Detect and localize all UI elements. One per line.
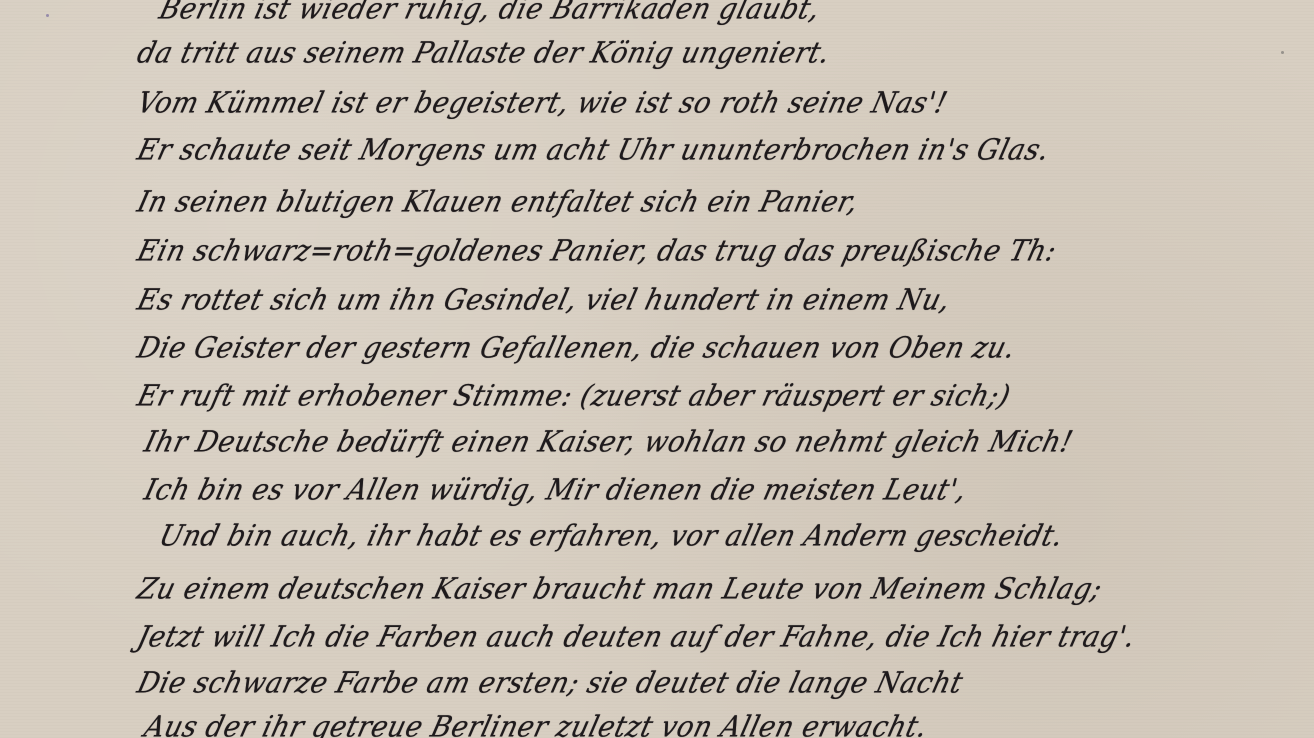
manuscript-line: Er schaute seit Morgens um acht Uhr unun…: [134, 134, 1053, 167]
manuscript-line: Aus der ihr getreue Berliner zuletzt von…: [141, 711, 931, 738]
manuscript-line: Es rottet sich um ihn Gesindel, viel hun…: [134, 284, 954, 317]
manuscript-line: Ich bin es vor Allen würdig, Mir dienen …: [141, 474, 970, 507]
manuscript-line: Vom Kümmel ist er begeistert, wie ist so…: [134, 87, 951, 120]
manuscript-line: Jetzt will Ich die Farben auch deuten au…: [134, 621, 1139, 654]
manuscript-line: Ein schwarz=roth=goldenes Panier, das tr…: [134, 235, 1060, 268]
manuscript-line: Er ruft mit erhobener Stimme: (zuerst ab…: [134, 380, 1014, 413]
manuscript-line: In seinen blutigen Klauen entfaltet sich…: [134, 186, 862, 219]
manuscript-line: Berlin ist wieder ruhig, die Barrikaden …: [156, 0, 824, 26]
manuscript-page: Berlin ist wieder ruhig, die Barrikaden …: [0, 0, 1314, 738]
manuscript-line: Und bin auch, ihr habt es erfahren, vor …: [156, 520, 1067, 553]
manuscript-line: Ihr Deutsche bedürft einen Kaiser, wohla…: [141, 426, 1076, 459]
ink-speck: [46, 14, 49, 17]
manuscript-line: Die schwarze Farbe am ersten; sie deutet…: [134, 667, 967, 700]
ink-speck: [1281, 51, 1284, 54]
manuscript-line: Die Geister der gestern Gefallenen, die …: [134, 332, 1019, 365]
manuscript-line: da tritt aus seinem Pallaste der König u…: [134, 37, 834, 70]
manuscript-line: Zu einem deutschen Kaiser braucht man Le…: [134, 573, 1106, 606]
